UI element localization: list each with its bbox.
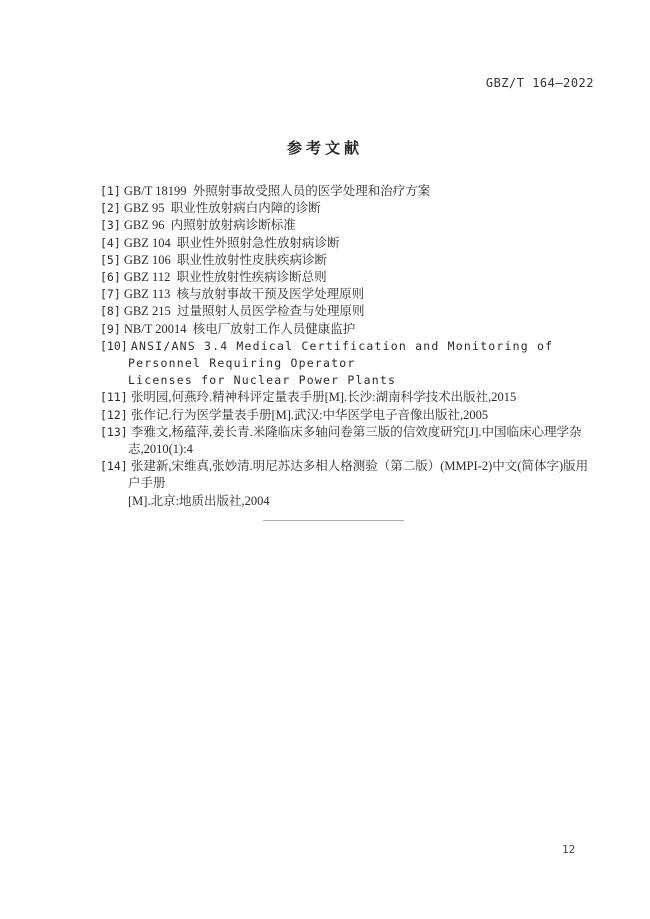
reference-item: [13] 李雅文,杨蕴萍,姜长青.米隆临床多轴问卷第三版的信效度研究[J].中国… — [100, 424, 597, 458]
reference-item: [1] GB/T 18199 外照射事故受照人员的医学处理和治疗方案 — [100, 183, 597, 200]
reference-label: [9] — [100, 322, 121, 336]
reference-item: [4] GBZ 104 职业性外照射急性放射病诊断 — [100, 235, 597, 252]
reference-label: [12] — [100, 408, 128, 422]
reference-text: GBZ 95 职业性放射病白内障的诊断 — [124, 201, 321, 215]
reference-label: [8] — [100, 304, 121, 318]
document-code: GBZ/T 164—2022 — [486, 76, 594, 90]
footer-divider-line — [263, 520, 404, 521]
reference-item: [11] 张明园,何燕玲.精神科评定量表手册[M].长沙:湖南科学技术出版社,2… — [100, 389, 597, 406]
reference-text: ANSI/ANS 3.4 Medical Certification and M… — [128, 339, 561, 387]
reference-list: [1] GB/T 18199 外照射事故受照人员的医学处理和治疗方案 [2] G… — [100, 183, 597, 510]
reference-label: [3] — [100, 218, 121, 232]
reference-label: [4] — [100, 236, 121, 250]
reference-item: [2] GBZ 95 职业性放射病白内障的诊断 — [100, 200, 597, 217]
reference-text: 张作记.行为医学量表手册[M].武汉:中华医学电子音像出版社,2005 — [131, 408, 488, 422]
reference-label: [7] — [100, 287, 121, 301]
reference-text: 李雅文,杨蕴萍,姜长青.米隆临床多轴问卷第三版的信效度研究[J].中国临床心理学… — [128, 425, 582, 456]
reference-item: [14] 张建新,宋维真,张妙清.明尼苏达多相人格测验（第二版）(MMPI-2)… — [100, 458, 597, 510]
reference-text: GBZ 96 内照射放射病诊断标准 — [124, 218, 296, 232]
reference-label: [6] — [100, 270, 121, 284]
reference-text: GBZ 112 职业性放射性疾病诊断总则 — [124, 270, 327, 284]
reference-item: [7] GBZ 113 核与放射事故干预及医学处理原则 — [100, 286, 597, 303]
reference-text: GBZ 104 职业性外照射急性放射病诊断 — [124, 236, 340, 250]
page-title: 参考文献 — [0, 137, 650, 158]
reference-item: [5] GBZ 106 职业性放射性皮肤疾病诊断 — [100, 252, 597, 269]
reference-item: [6] GBZ 112 职业性放射性疾病诊断总则 — [100, 269, 597, 286]
reference-text: 张明园,何燕玲.精神科评定量表手册[M].长沙:湖南科学技术出版社,2015 — [131, 390, 516, 404]
reference-text: 张建新,宋维真,张妙清.明尼苏达多相人格测验（第二版）(MMPI-2)中文(简体… — [128, 459, 588, 507]
reference-label: [1] — [100, 184, 121, 198]
reference-label: [14] — [100, 459, 128, 473]
reference-label: [5] — [100, 253, 121, 267]
reference-text: NB/T 20014 核电厂放射工作人员健康监护 — [124, 322, 355, 336]
reference-label: [13] — [100, 425, 128, 439]
reference-label: [11] — [100, 390, 128, 404]
reference-label: [10] — [100, 339, 128, 353]
reference-item: [3] GBZ 96 内照射放射病诊断标准 — [100, 217, 597, 234]
page-number: 12 — [562, 843, 575, 856]
reference-text: GBZ 215 过量照射人员医学检查与处理原则 — [124, 304, 365, 318]
reference-item: [9] NB/T 20014 核电厂放射工作人员健康监护 — [100, 321, 597, 338]
reference-text: GBZ 113 核与放射事故干预及医学处理原则 — [124, 287, 364, 301]
reference-text: GB/T 18199 外照射事故受照人员的医学处理和治疗方案 — [124, 184, 430, 198]
reference-item: [10] ANSI/ANS 3.4 Medical Certification … — [100, 338, 597, 390]
reference-item: [12] 张作记.行为医学量表手册[M].武汉:中华医学电子音像出版社,2005 — [100, 407, 597, 424]
reference-text: GBZ 106 职业性放射性皮肤疾病诊断 — [124, 253, 327, 267]
reference-label: [2] — [100, 201, 121, 215]
reference-item: [8] GBZ 215 过量照射人员医学检查与处理原则 — [100, 303, 597, 320]
